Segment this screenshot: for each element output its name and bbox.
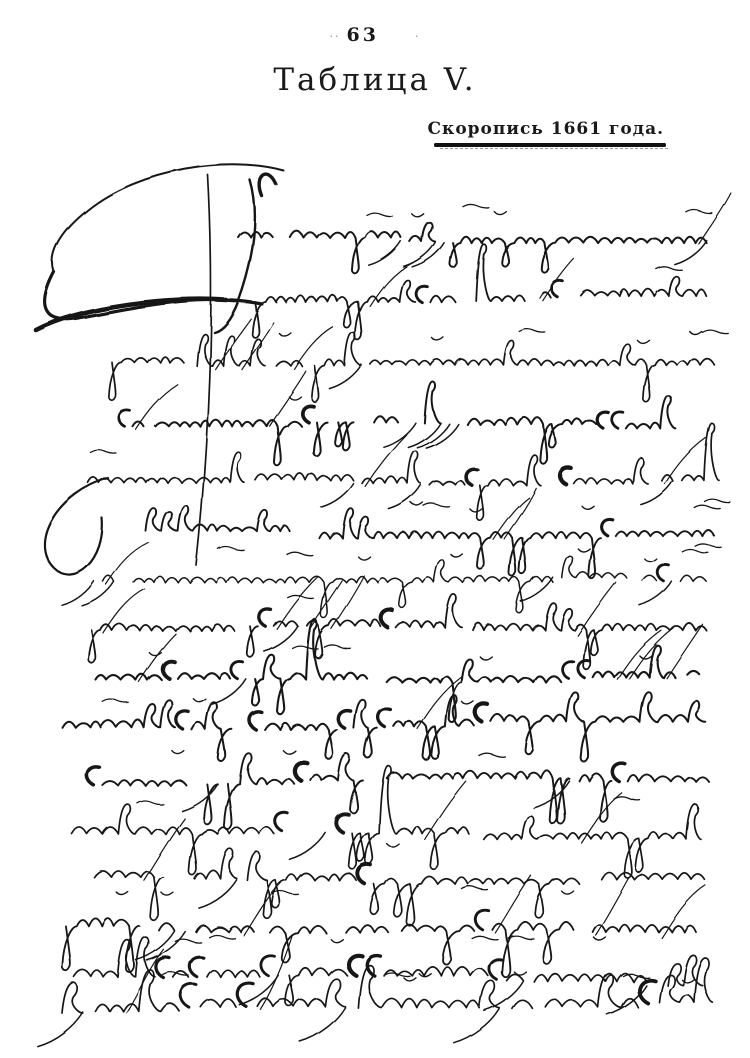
handwriting-ink [36,165,731,1046]
manuscript-facsimile [0,0,750,1058]
scanned-book-page: ··63· Таблица V. Скоропись 1661 года. [0,0,750,1058]
